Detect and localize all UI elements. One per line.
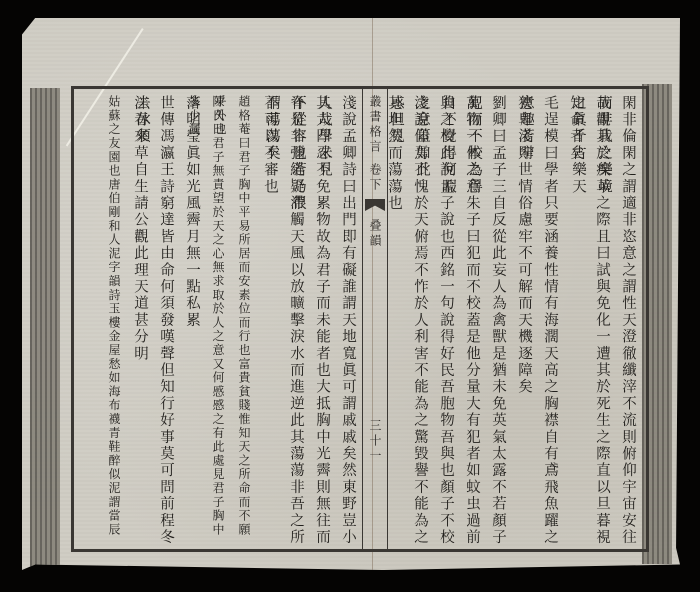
book-title: 叢書格言 (363, 95, 387, 155)
text-column-l3: 脊是非彌縫疑滯觸天風以放曠擊淚水而進逆此其蕩蕩非吾之所謂蕩蕩矣 (284, 95, 308, 549)
text-column-r4: 毛逞模曰學者只要涵養性情有海濶天高之胸襟自有鳶飛魚躍之意趣若窄 (538, 95, 562, 549)
text-column-r3: 知命者矣 (564, 95, 588, 162)
text-column-r1: 閑非倫閑之謂適非恣意之謂性天澄徹纖滓不流則俯仰宇宙安往而非我之樂境 (616, 95, 640, 549)
printed-frame: 閑非倫閑之謂適非恣意之謂性天澄徹纖滓不流則俯仰宇宙安往而非我之樂境 哉觀其於疾革… (71, 86, 649, 552)
text-column-l7: 落明瑩眞如光風霽月無一點私累 (180, 95, 204, 329)
section-label: 叠韻 (363, 219, 387, 249)
text-column-l6: 陳氏曰君子無責望於天之心無求取於人之意又何慼慼之有此處見君子胸中多少灑 (206, 95, 230, 549)
text-column-r5: 狹卑淺則世情俗慮牢不可解而天機逐障矣 (512, 95, 536, 396)
text-column-r8: 與之校此說孟子說也西銘一句說得好民吾胞物吾與也顏子不校之意蓋如此 (434, 95, 458, 549)
text-column-r7: 萬物一体之意朱子曰犯而不校蓋是他分量大有犯者如蚊虫過前自不覺得何暇 (460, 95, 484, 549)
text-column-l10: 姑蘇之友園也唐伯剛和人泥字韻詩玉樓金屋愁如海布襪青鞋醉似泥謂當辰 (102, 95, 126, 537)
fishtail-mark-icon (365, 199, 385, 211)
text-column-l2: 其大四忍不免累物故為君子而未能者也大抵胸中光霽則無往而不從容也若乃很 (310, 95, 334, 549)
text-column-l5: 趙格菴曰君子胸中平易所居而安素位而行也富貴貧賤惟知天之所命而不願乎外也 (232, 95, 256, 549)
paper-sheet: 閑非倫閑之謂適非恣意之謂性天澄徹纖滓不流則俯仰宇宙安往而非我之樂境 哉觀其於疾革… (22, 18, 680, 570)
volume-label: 卷下 (363, 163, 387, 193)
text-column-r2: 哉觀其於疾革之際且曰試與免化一遭其於死生之際直以旦暮視之眞千古樂天 (590, 95, 614, 549)
text-column-r6: 劉卿曰孟子三自反從此妄人為禽獸是猶未免英氣太露不若顏子犯而不校為得 (486, 95, 510, 549)
text-column-l4: 不可以不審也 (258, 95, 282, 195)
text-column-l8: 世傳馮瀛王詩窮達皆由命何須發嘆聲但知行好事莫可問前程冬去冰須 (154, 95, 178, 549)
binding-strip-left (30, 88, 60, 568)
page-number: 三十一 (363, 419, 387, 464)
center-column-banxin: 叢書格言 卷下 叠韻 三十一 (362, 89, 388, 549)
text-column-l9: 泮春來草自生請公觀此理天道甚分明 (128, 95, 152, 362)
text-column-r9: 淺說仰焉不愧於天俯焉不怍於人利害不能為之驚毀譽不能為之惑但見 (408, 95, 432, 549)
text-column-l1: 淺說孟卿詩曰出門即有礙誰謂天地寬眞可謂戚戚矣然東野豈小人哉學未見 (336, 95, 360, 549)
